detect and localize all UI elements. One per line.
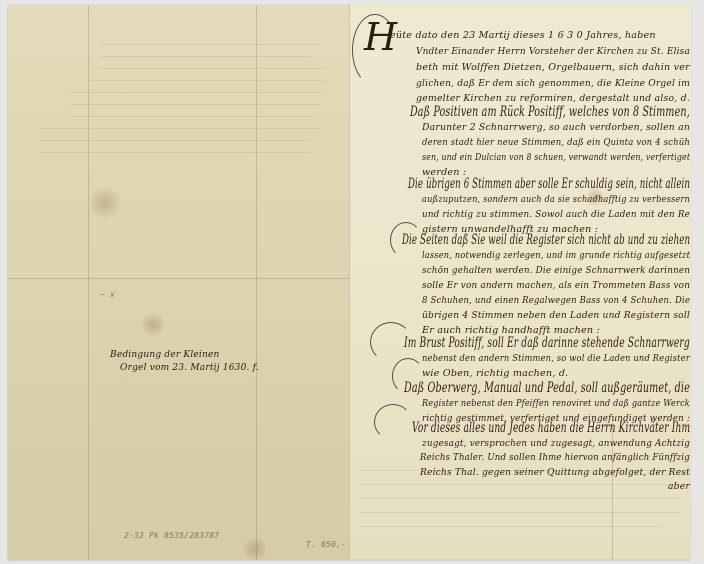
vertical-fold-right — [256, 6, 257, 560]
bleed-through-line — [360, 484, 680, 485]
text-line: Vndter Einander Herrn Vorsteher der Kirc… — [416, 46, 690, 57]
paragraph-flourish — [374, 404, 412, 440]
bleed-through-line — [90, 80, 325, 81]
stain — [88, 186, 122, 220]
text-line: schön gehalten werden. Die einige Schnar… — [422, 265, 690, 276]
bleed-through-line — [100, 44, 320, 45]
text-line: 8 Schuhen, und einen Regalwegen Bass von… — [422, 295, 690, 306]
stain — [142, 310, 164, 340]
bleed-through-line — [70, 104, 320, 105]
paragraph-line: Daß Positiven am Rück Positiff, welches … — [410, 104, 690, 120]
text-line: nebenst den andern Stimmen, so wol die L… — [422, 353, 690, 364]
text-line: Reichs Thal. gegen seiner Quittung abgef… — [420, 467, 690, 478]
text-line: übrigen 4 Stimmen neben den Laden und Re… — [422, 310, 690, 321]
bleed-through-line — [360, 526, 660, 527]
text-line: beth mit Wolffen Dietzen, Orgelbauern, s… — [416, 62, 690, 73]
stain — [240, 538, 270, 560]
horizontal-fold — [8, 278, 349, 279]
text-line: lassen, notwendig zerlegen, und im grund… — [422, 250, 690, 261]
text-line: zugesagt, versprochen und zugesagt, anwe… — [422, 438, 690, 449]
text-line: außzuputzen, sondern auch da sie schadha… — [422, 194, 690, 205]
bleed-through-line — [360, 498, 680, 499]
price-note: T. 050,- — [306, 540, 346, 549]
text-line: wie Oben, richtig machen, d. — [422, 368, 568, 379]
text-line: solle Er von andern machen, als ein Trom… — [422, 280, 690, 291]
bleed-through-line — [40, 128, 320, 129]
paragraph-line: Vor dieses alles und Jedes haben die Her… — [412, 420, 690, 436]
catalogue-number: 2-32 Pk 8535/283787 — [124, 531, 219, 540]
paragraph-line: Im Brust Positiff, soll Er daß darinne s… — [404, 335, 690, 351]
text-line: gemelter Kirchen zu reformiren, dergesta… — [416, 93, 690, 104]
text-line: Darunter 2 Schnarrwerg, so auch verdorbe… — [422, 122, 690, 133]
vertical-fold-left — [88, 6, 89, 560]
text-line: deren stadt hier neue Stimmen, daß ein Q… — [422, 137, 690, 148]
text-line: Reichs Thaler. Und sollen Ihme hiervon a… — [420, 452, 690, 463]
pencil-mark-top: ~ x — [100, 290, 115, 299]
paragraph-line: Die übrigen 6 Stimmen aber solle Er schu… — [408, 176, 690, 192]
text-line: sen, und ein Dulcian von 8 schuen, verwa… — [422, 152, 690, 163]
bleed-through-line — [70, 92, 325, 93]
text-line: Register nebenst den Pfeiffen renoviret … — [422, 398, 690, 409]
catchword: aber — [668, 481, 690, 492]
bleed-through-line — [360, 512, 680, 513]
endorsement-line-2: Orgel vom 23. Martij 1630. f. — [120, 363, 259, 373]
paragraph-line: Die Seiten daß Sie weil die Register sic… — [402, 232, 690, 248]
text-line: und richtig zu stimmen. Sowol auch die L… — [422, 209, 690, 220]
left-page-verso — [8, 6, 349, 560]
bleed-through-line — [40, 140, 310, 141]
bleed-through-line — [100, 56, 310, 57]
text-line: eüte dato den 23 Martij dieses 1 6 3 0 J… — [390, 30, 656, 41]
text-line: glichen, daß Er dem sich genommen, die K… — [416, 78, 690, 89]
bleed-through-line — [100, 68, 325, 69]
bleed-through-line — [70, 116, 315, 117]
paragraph-line: Daß Oberwerg, Manual und Pedal, soll auß… — [404, 380, 690, 396]
endorsement-line-1: Bedingung der Kleinen — [110, 350, 220, 360]
bleed-through-line — [40, 152, 310, 153]
